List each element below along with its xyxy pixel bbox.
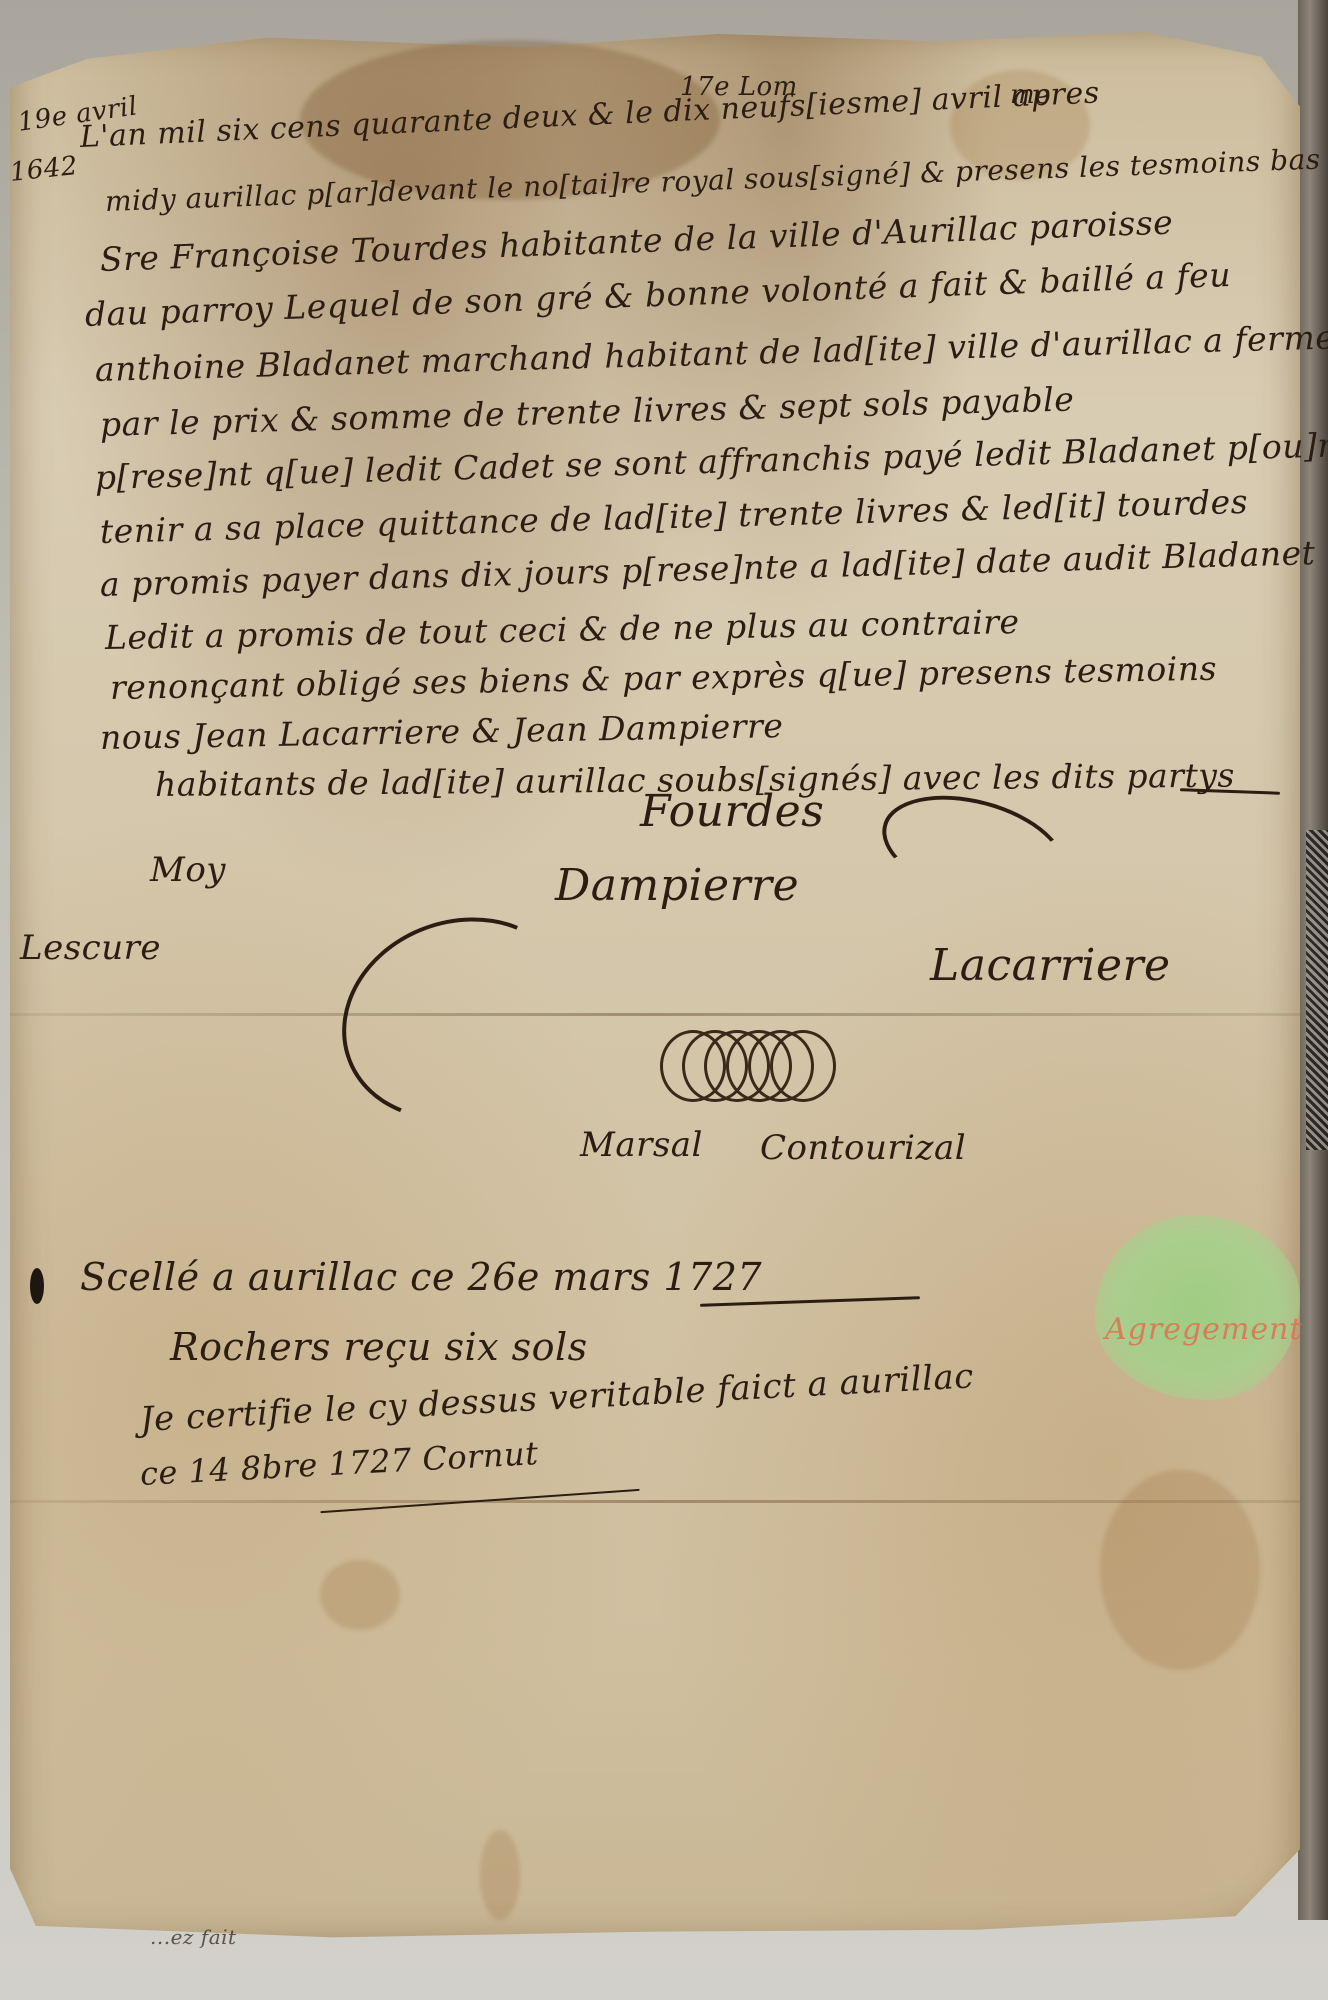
signature-marsal: Marsal [580, 1125, 703, 1165]
registration-line-2: Rochers reçu six sols [170, 1325, 588, 1369]
signature-dampierre: Dampierre [555, 860, 799, 911]
paper-fold-line [10, 1500, 1300, 1503]
paper-fold-line [10, 1013, 1300, 1016]
registration-line-1: Scellé a aurillac ce 26e mars 1727 [80, 1255, 762, 1299]
signature-lescure: Lescure [20, 928, 161, 968]
signature-contourizal: Contourizal [760, 1128, 966, 1168]
foxing-stain [320, 1560, 400, 1630]
paraph-loops [660, 1030, 840, 1100]
bottom-margin-note: ...ez fait [150, 1925, 237, 1949]
seal-text: Agregement [1105, 1312, 1303, 1347]
signature-moy: Moy [150, 850, 226, 890]
signature-lacarriere: Lacarriere [930, 940, 1171, 991]
ink-blot [30, 1268, 44, 1304]
signature-fourdes: Fourdes [640, 786, 824, 837]
foxing-stain [480, 1830, 520, 1920]
marbled-cover-edge [1306, 830, 1328, 1150]
green-seal-stamp [1095, 1215, 1300, 1400]
